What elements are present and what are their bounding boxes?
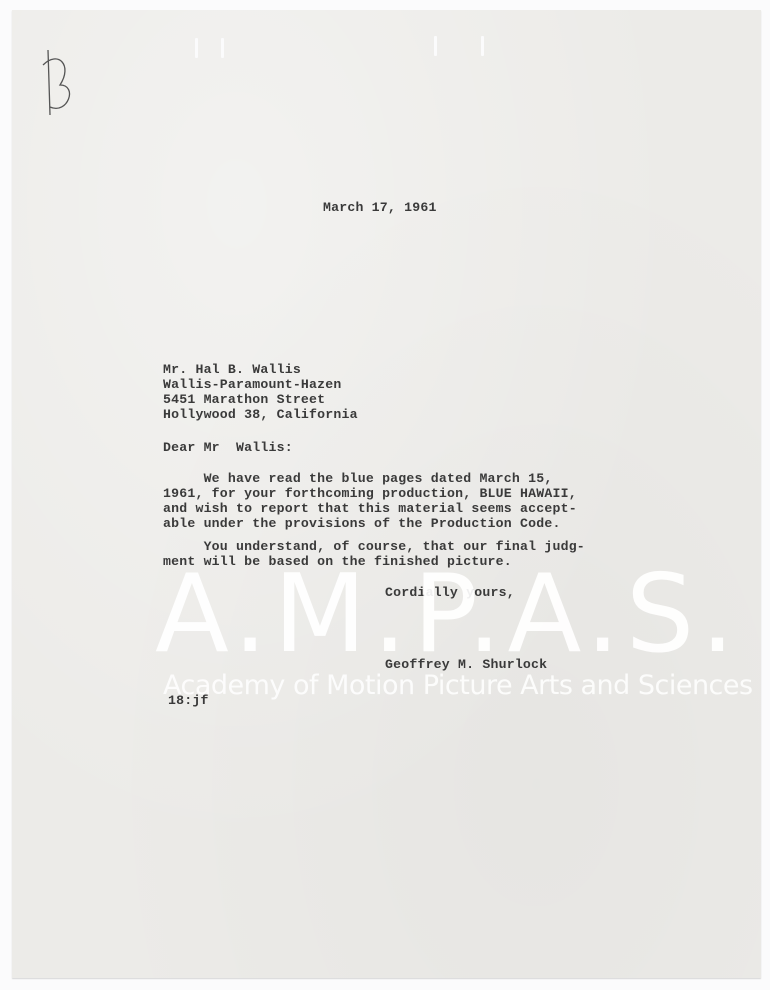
handwritten-b-mark [38, 45, 78, 120]
letter-date: March 17, 1961 [323, 201, 437, 216]
salutation: Dear Mr Wallis: [163, 441, 293, 456]
watermark-subtitle: Academy of Motion Picture Arts and Scien… [163, 670, 753, 701]
body-line: and wish to report that this material se… [163, 502, 577, 517]
watermark-title: A.M.P.A.S. [155, 560, 741, 670]
recipient-street: 5451 Marathon Street [163, 393, 325, 408]
body-line: 1961, for your forthcoming production, B… [163, 487, 577, 502]
recipient-company: Wallis-Paramount-Hazen [163, 378, 342, 393]
body-line: able under the provisions of the Product… [163, 517, 561, 532]
recipient-city: Hollywood 38, California [163, 408, 358, 423]
punch-hole [481, 36, 484, 56]
punch-hole [221, 38, 224, 58]
punch-hole [434, 36, 437, 56]
punch-hole [195, 38, 198, 58]
recipient-name: Mr. Hal B. Wallis [163, 363, 301, 378]
body-line: We have read the blue pages dated March … [163, 472, 552, 487]
